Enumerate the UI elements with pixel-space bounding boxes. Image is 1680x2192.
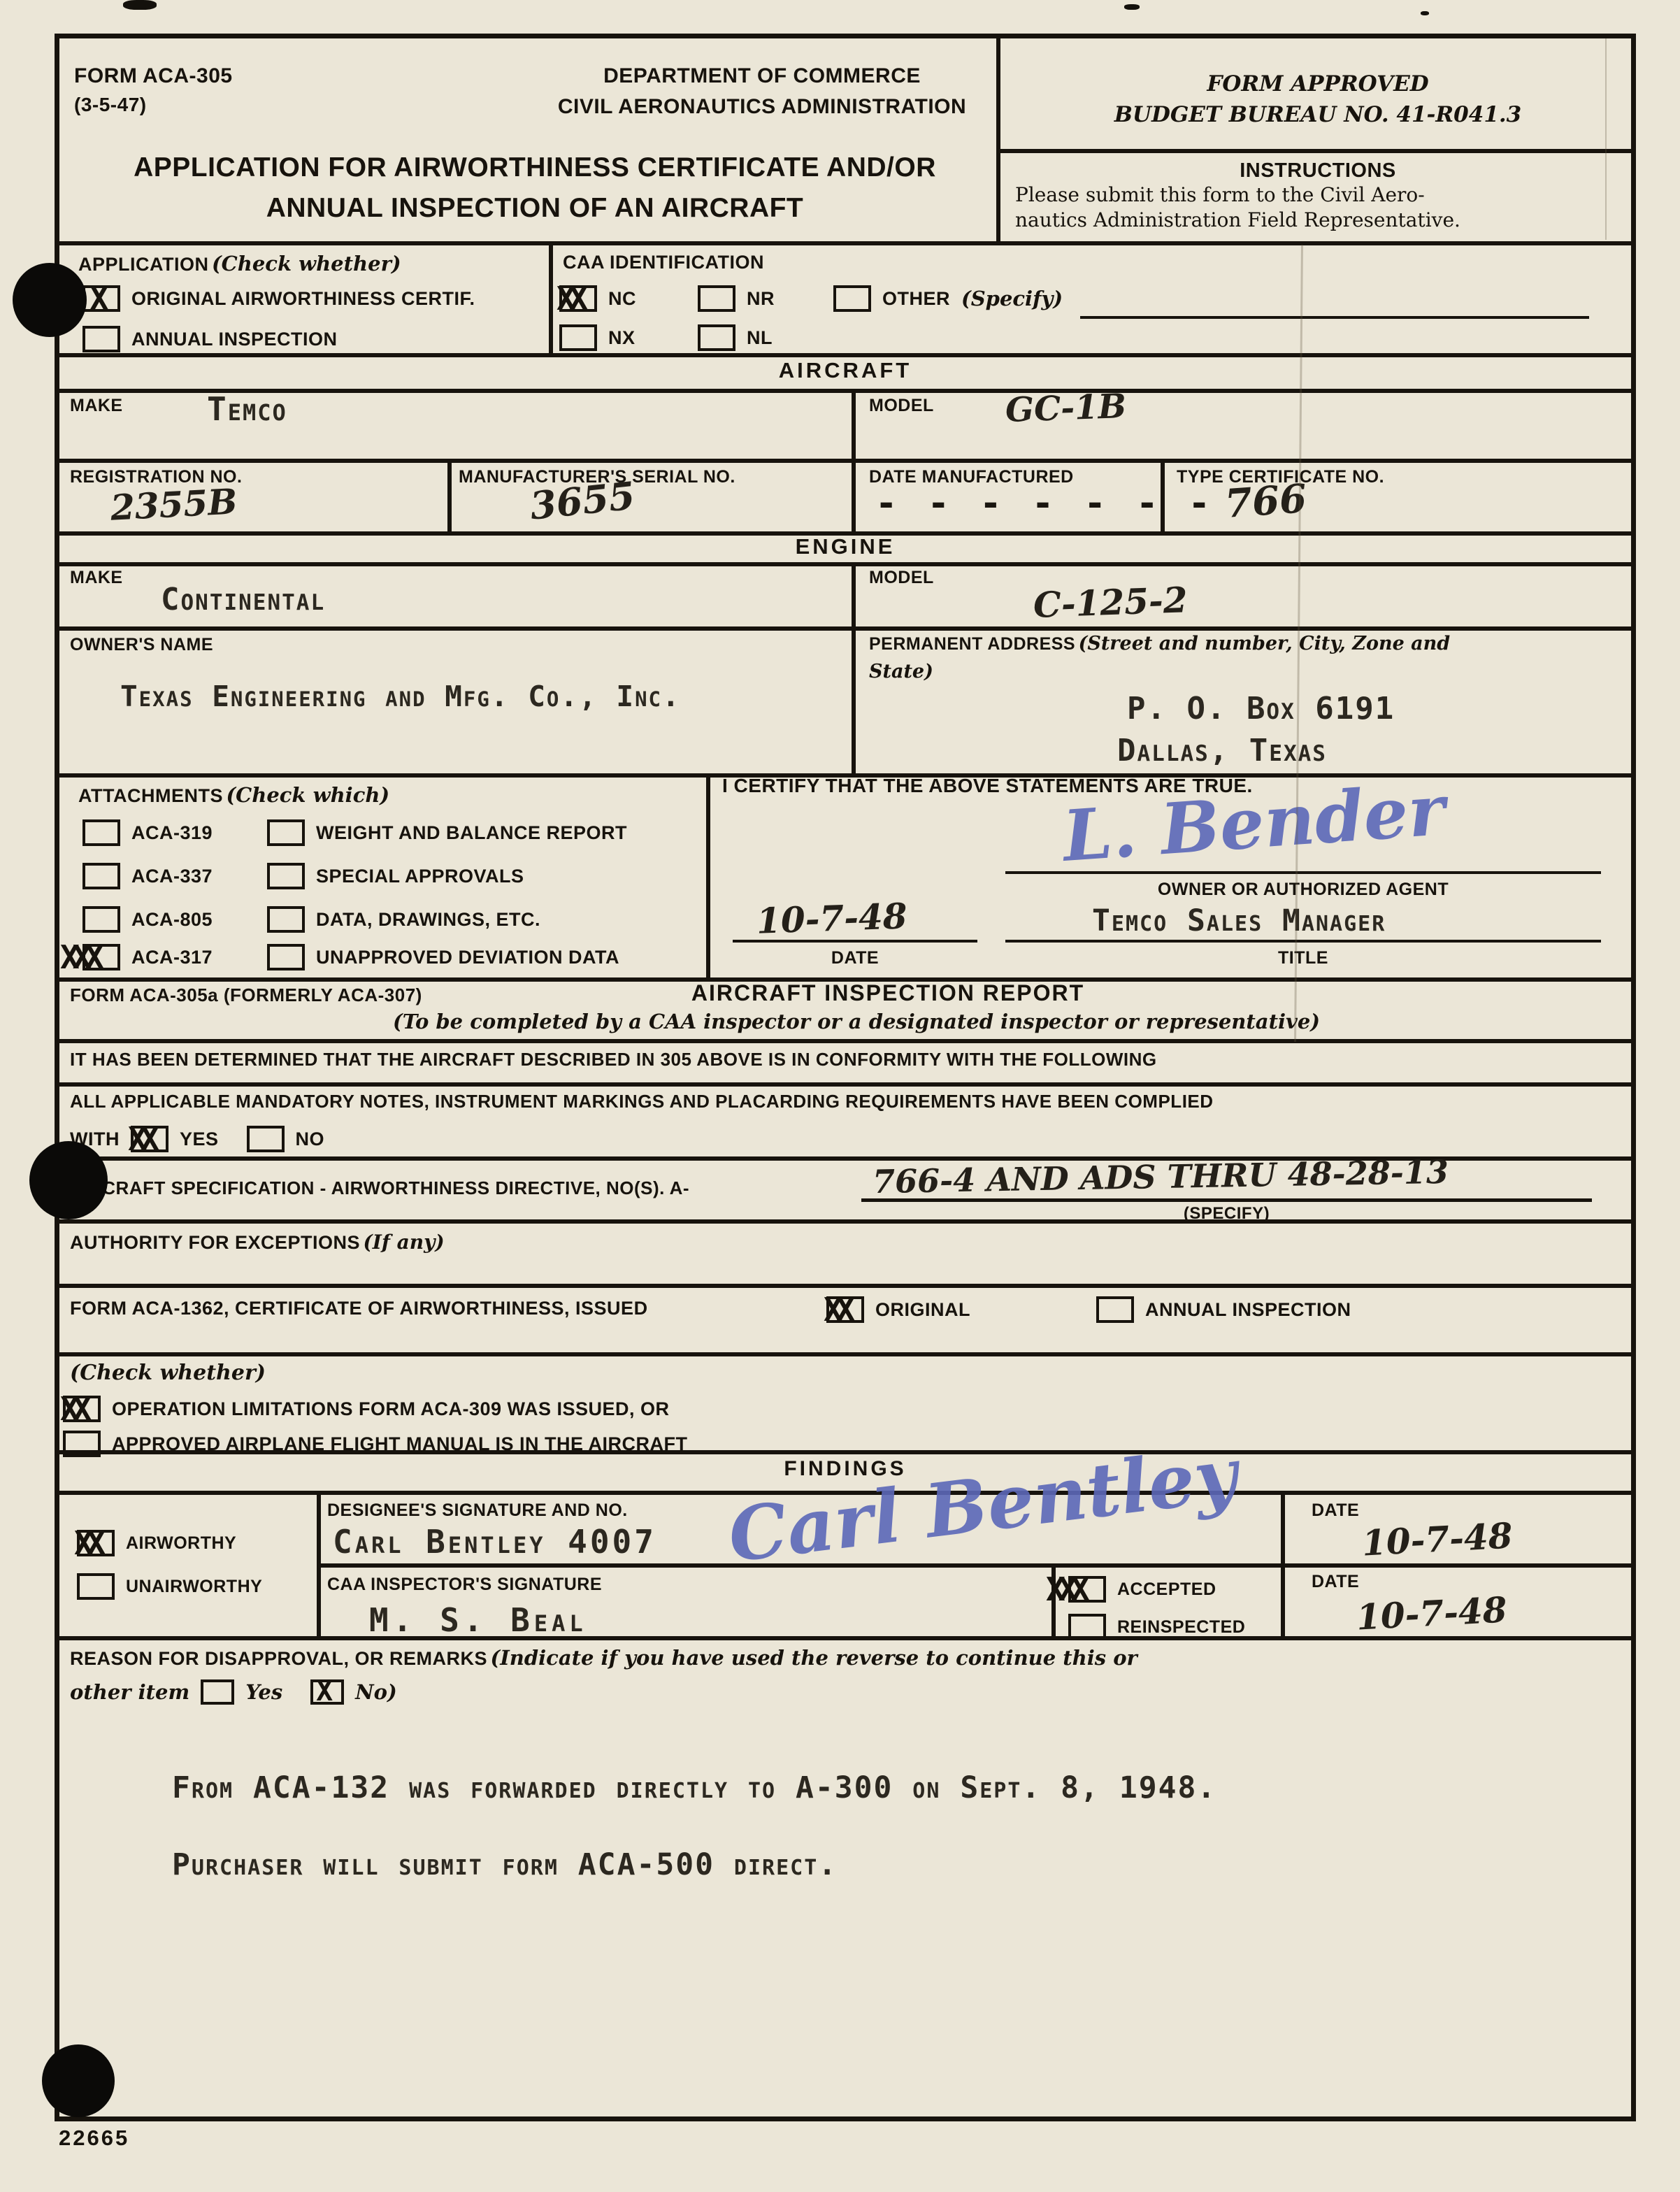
option-label: ACA-319 xyxy=(131,822,213,844)
hole-punch xyxy=(42,2044,115,2117)
caa-option-nl: NL xyxy=(698,324,773,351)
checkbox-nx[interactable] xyxy=(559,324,597,351)
checkbox-issued-original[interactable]: XX xyxy=(826,1296,864,1323)
divider xyxy=(317,1563,1636,1568)
check-mark: X xyxy=(89,280,102,317)
paper-crease xyxy=(1605,38,1607,240)
checkbox-nc[interactable]: XX xyxy=(559,285,597,312)
flight-manual-row: APPROVED AIRPLANE FLIGHT MANUAL IS IN TH… xyxy=(63,1431,688,1457)
aircraft-model-label: MODEL xyxy=(869,396,934,416)
airworthy-row: XX AIRWORTHY xyxy=(77,1530,236,1556)
application-section-label: APPLICATION (Check whether) xyxy=(78,252,401,275)
hole-punch xyxy=(29,1141,108,1219)
checkbox-unapproved-deviation[interactable] xyxy=(267,944,305,970)
owner-name-label: OWNER'S NAME xyxy=(70,635,213,655)
form-date: (3-5-47) xyxy=(74,94,147,116)
checkbox-reverse-no[interactable]: X xyxy=(310,1679,344,1705)
form-title-line2: ANNUAL INSPECTION OF AN AIRCRAFT xyxy=(105,193,965,224)
inspection-subtitle: (To be completed by a CAA inspector or a… xyxy=(245,1010,1468,1033)
designee-signature-label: DESIGNEE'S SIGNATURE AND NO. xyxy=(327,1500,628,1521)
address-line2: Dallas, Texas xyxy=(1117,733,1327,768)
inspection-title: AIRCRAFT INSPECTION REPORT xyxy=(573,980,1202,1006)
option-label: SPECIAL APPROVALS xyxy=(316,866,524,887)
no-label: No) xyxy=(355,1680,397,1704)
checkbox-complied-no[interactable] xyxy=(247,1126,285,1152)
other-specify-line xyxy=(1080,316,1589,319)
owner-signature-caption: OWNER OR AUTHORIZED AGENT xyxy=(1005,880,1601,900)
checkbox-reinspected[interactable] xyxy=(1068,1614,1106,1640)
engine-make-label: MAKE xyxy=(70,568,123,588)
attachment-data-drawings: DATA, DRAWINGS, ETC. xyxy=(267,906,540,933)
check-mark: X xyxy=(316,1675,326,1707)
option-label: APPROVED AIRPLANE FLIGHT MANUAL IS IN TH… xyxy=(112,1433,688,1455)
divider xyxy=(852,562,856,778)
option-label: NL xyxy=(747,327,773,349)
reinspected-row: REINSPECTED xyxy=(1068,1614,1245,1640)
check-mark: XX xyxy=(557,280,581,317)
checkbox-flight-manual[interactable] xyxy=(63,1431,101,1457)
accepted-row: XXX ACCEPTED xyxy=(1068,1576,1216,1603)
checkbox-operation-limitations[interactable]: XX xyxy=(63,1396,101,1422)
owner-name-value: Texas Engineering and Mfg. Co., Inc. xyxy=(120,680,681,713)
option-label: WEIGHT AND BALANCE REPORT xyxy=(316,822,627,844)
inspector-signature-label: CAA INSPECTOR'S SIGNATURE xyxy=(327,1575,602,1595)
remarks-line1: From ACA-132 was forwarded directly to A… xyxy=(172,1770,1216,1805)
inspector-date-value: 10-7-48 xyxy=(1356,1589,1508,1638)
date-manufactured-value: - - - - - - - xyxy=(875,482,1214,524)
attachment-aca319: ACA-319 xyxy=(82,819,213,846)
attachment-aca317: XXX ACA-317 xyxy=(82,944,213,970)
specify-caption: (SPECIFY) xyxy=(861,1204,1592,1224)
divider xyxy=(55,562,1636,566)
check-whether-note: (Check whether) xyxy=(70,1361,266,1385)
form-approved-line1: FORM APPROVED xyxy=(1007,71,1629,96)
aircraft-section-header: AIRCRAFT xyxy=(55,358,1636,383)
divider xyxy=(55,1636,1636,1640)
option-label: NR xyxy=(747,288,775,310)
note-label: other item xyxy=(70,1680,189,1704)
attachment-special-approvals: SPECIAL APPROVALS xyxy=(267,863,524,889)
checkbox-data-drawings[interactable] xyxy=(267,906,305,933)
inspection-form-ref: FORM ACA-305a (FORMERLY ACA-307) xyxy=(70,984,422,1006)
ink-smudge xyxy=(123,0,157,10)
divider xyxy=(55,1284,1636,1288)
option-label: DATA, DRAWINGS, ETC. xyxy=(316,909,540,931)
scanned-form-page: FORM ACA-305 (3-5-47) DEPARTMENT OF COMM… xyxy=(0,0,1680,2192)
cert-issued-annual: ANNUAL INSPECTION xyxy=(1096,1296,1351,1323)
spec-directive-label: AIRCRAFT SPECIFICATION - AIRWORTHINESS D… xyxy=(70,1177,689,1199)
instructions-title: INSTRUCTIONS xyxy=(1007,159,1629,182)
checkbox-aca-317[interactable]: XXX xyxy=(82,944,120,970)
check-mark: XX xyxy=(128,1120,152,1158)
checkbox-other[interactable] xyxy=(833,285,871,312)
administration-name: CIVIL AERONAUTICS ADMINISTRATION xyxy=(447,95,1077,119)
remarks-line2: Purchaser will submit form ACA-500 direc… xyxy=(172,1847,838,1882)
permanent-address-label: PERMANENT ADDRESS (Street and number, Ci… xyxy=(869,633,1450,654)
divider xyxy=(1281,1491,1285,1640)
yes-label: Yes xyxy=(245,1680,282,1704)
option-label: ANNUAL INSPECTION xyxy=(131,329,338,350)
option-label: ACA-805 xyxy=(131,909,213,931)
operation-limitations-row: XX OPERATION LIMITATIONS FORM ACA-309 WA… xyxy=(63,1396,670,1422)
check-mark: XX xyxy=(60,1390,85,1428)
no-label: NO xyxy=(296,1129,325,1150)
permanent-address-label-line2: State) xyxy=(869,661,933,682)
caa-option-nr: NR xyxy=(698,285,775,312)
divider xyxy=(996,149,1636,153)
inspector-date-label: DATE xyxy=(1312,1572,1359,1592)
form-approved-line2: BUDGET BUREAU NO. 41-R041.3 xyxy=(1007,102,1629,127)
checkbox-issued-annual[interactable] xyxy=(1096,1296,1134,1323)
checkbox-unairworthy[interactable] xyxy=(77,1573,115,1600)
check-mark: XX xyxy=(824,1291,848,1328)
ink-smudge xyxy=(1124,4,1140,10)
caa-option-other: OTHER (Specify) xyxy=(833,285,1063,312)
cert-issued-label: FORM ACA-1362, CERTIFICATE OF AIRWORTHIN… xyxy=(70,1298,648,1319)
caa-option-nc: XX NC xyxy=(559,285,636,312)
option-label: UNAPPROVED DEVIATION DATA xyxy=(316,947,619,968)
checkbox-reverse-yes[interactable] xyxy=(201,1679,234,1705)
divider xyxy=(447,459,452,536)
application-option-annual: ANNUAL INSPECTION xyxy=(82,326,338,352)
engine-section-header: ENGINE xyxy=(55,534,1636,559)
attachment-weight-balance: WEIGHT AND BALANCE REPORT xyxy=(267,819,627,846)
checkbox-complied-yes[interactable]: XX xyxy=(131,1126,168,1152)
compliance-yes-no-row: WITH XX YES NO xyxy=(70,1126,324,1152)
divider xyxy=(55,389,1636,393)
divider xyxy=(55,1352,1636,1356)
divider xyxy=(317,1491,321,1640)
certify-date-line xyxy=(733,940,977,943)
instructions-line1: Please submit this form to the Civil Aer… xyxy=(1015,183,1425,206)
designee-date-label: DATE xyxy=(1312,1500,1359,1521)
checkbox-aca-319[interactable] xyxy=(82,819,120,846)
application-option-original: X ORIGINAL AIRWORTHINESS CERTIF. xyxy=(82,285,475,312)
ink-smudge xyxy=(1421,11,1429,15)
engine-model-label: MODEL xyxy=(869,568,934,588)
option-label: ORIGINAL AIRWORTHINESS CERTIF. xyxy=(131,288,475,310)
option-label: AIRWORTHY xyxy=(126,1533,236,1554)
certify-date-caption: DATE xyxy=(733,948,977,968)
certify-title-line xyxy=(1005,940,1601,943)
option-label: NC xyxy=(608,288,636,310)
option-label: OPERATION LIMITATIONS FORM ACA-309 WAS I… xyxy=(112,1398,670,1420)
checkbox-aca-337[interactable] xyxy=(82,863,120,889)
option-label: ACA-337 xyxy=(131,866,213,887)
divider xyxy=(706,773,710,982)
reason-label-line1: REASON FOR DISAPPROVAL, OR REMARKS (Indi… xyxy=(70,1646,1137,1670)
divider xyxy=(549,241,553,357)
caa-option-nx: NX xyxy=(559,324,636,351)
check-mark: XXX xyxy=(1046,1570,1083,1608)
yes-label: YES xyxy=(180,1129,219,1150)
checkbox-special-approvals[interactable] xyxy=(267,863,305,889)
checkbox-airworthy[interactable]: XX xyxy=(77,1530,115,1556)
option-label: OTHER xyxy=(882,288,950,310)
engine-model-value: C-125-2 xyxy=(1033,579,1188,626)
aircraft-make-label: MAKE xyxy=(70,396,123,416)
certify-title-caption: TITLE xyxy=(1005,948,1601,968)
authority-exceptions-label: AUTHORITY FOR EXCEPTIONS (If any) xyxy=(70,1231,445,1254)
option-label: ACCEPTED xyxy=(1117,1579,1216,1600)
unairworthy-row: UNAIRWORTHY xyxy=(77,1573,262,1600)
checkbox-original-airworthiness[interactable]: X xyxy=(82,285,120,312)
department-name: DEPARTMENT OF COMMERCE xyxy=(447,64,1077,88)
attachments-label: ATTACHMENTS (Check which) xyxy=(78,783,389,807)
designee-date-value: 10-7-48 xyxy=(1361,1514,1514,1563)
option-label: ACA-317 xyxy=(131,947,213,968)
registration-value: 2355B xyxy=(110,480,238,528)
determination-text: IT HAS BEEN DETERMINED THAT THE AIRCRAFT… xyxy=(70,1049,1157,1070)
option-label: REINSPECTED xyxy=(1117,1617,1245,1638)
option-note: (Specify) xyxy=(961,287,1063,310)
inspector-typed-name: M. S. Beal xyxy=(369,1601,587,1639)
checkbox-nr[interactable] xyxy=(698,285,735,312)
footer-code: 22665 xyxy=(59,2126,129,2151)
checkbox-accepted[interactable]: XXX xyxy=(1068,1576,1106,1603)
spec-directive-line xyxy=(861,1198,1592,1202)
certify-date-value: 10-7-48 xyxy=(756,895,907,941)
attachment-aca805: ACA-805 xyxy=(82,906,213,933)
checkbox-nl[interactable] xyxy=(698,324,735,351)
divider xyxy=(55,459,1636,463)
divider xyxy=(55,353,1636,357)
caa-identification-label: CAA IDENTIFICATION xyxy=(563,252,764,273)
aircraft-make-value: Temco xyxy=(207,390,287,428)
type-certificate-value: 766 xyxy=(1223,475,1308,527)
option-label: NX xyxy=(608,327,636,349)
address-line1: P. O. Box 6191 xyxy=(1127,691,1395,726)
divider xyxy=(55,1082,1636,1087)
checkbox-annual-inspection[interactable] xyxy=(82,326,120,352)
designee-typed-name: Carl Bentley 4007 xyxy=(333,1523,656,1561)
instructions-line2: nautics Administration Field Representat… xyxy=(1015,208,1460,231)
certify-title-value: Temco Sales Manager xyxy=(1092,903,1386,938)
option-label: UNAIRWORTHY xyxy=(126,1577,262,1597)
attachment-aca337: ACA-337 xyxy=(82,863,213,889)
check-mark: XX xyxy=(74,1524,99,1562)
cert-issued-original: XX ORIGINAL xyxy=(826,1296,970,1323)
form-title-line1: APPLICATION FOR AIRWORTHINESS CERTIFICAT… xyxy=(105,152,965,183)
option-label: ANNUAL INSPECTION xyxy=(1145,1299,1351,1321)
divider xyxy=(55,626,1636,631)
option-label: ORIGINAL xyxy=(875,1299,970,1321)
divider xyxy=(55,241,1636,245)
checkbox-aca-805[interactable] xyxy=(82,906,120,933)
reason-label-line2: other item Yes X No) xyxy=(70,1679,397,1705)
hole-punch xyxy=(13,263,87,337)
aircraft-model-value: GC-1B xyxy=(1005,387,1127,430)
checkbox-weight-balance[interactable] xyxy=(267,819,305,846)
divider xyxy=(852,389,856,536)
check-mark: XXX xyxy=(60,938,97,976)
form-number: FORM ACA-305 xyxy=(74,64,233,88)
attachment-unapproved-deviation: UNAPPROVED DEVIATION DATA xyxy=(267,944,619,970)
divider xyxy=(55,1039,1636,1043)
compliance-text: ALL APPLICABLE MANDATORY NOTES, INSTRUME… xyxy=(70,1091,1214,1112)
engine-make-value: Continental xyxy=(161,582,325,617)
